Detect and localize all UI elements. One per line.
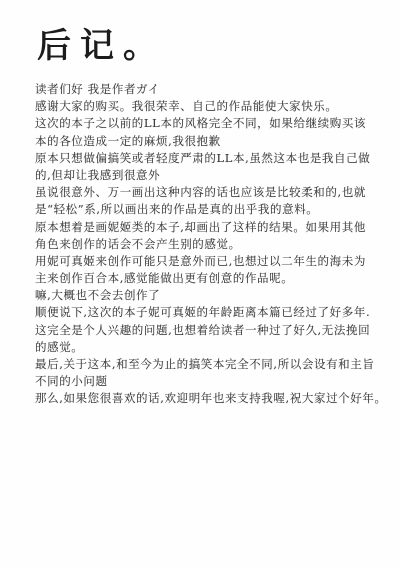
page-title: 后记。 (37, 18, 166, 67)
afterword-line: 主来创作百合本,感觉能做出更有创意的作品呢。 (35, 270, 385, 287)
afterword-text: 读者们好 我是作者ガイ 感谢大家的购买。我很荣幸、自己的作品能使大家快乐。 这次… (35, 81, 385, 408)
afterword-line: 是“轻松”系,所以画出来的作品是真的出乎我的意料。 (35, 201, 385, 218)
afterword-line: 不同的小问题 (35, 373, 385, 390)
afterword-line: 嘛,大概也不会去创作了 (35, 287, 385, 304)
afterword-line: 原本只想做偏搞笑或者轻度严肃的LL本,虽然这本也是我自己做 (35, 150, 385, 167)
afterword-line: 感谢大家的购买。我很荣幸、自己的作品能使大家快乐。 (35, 98, 385, 115)
afterword-line: 的感觉。 (35, 339, 385, 356)
afterword-line: 用妮可真姬来创作可能只是意外而已,也想过以二年生的海未为 (35, 253, 385, 270)
afterword-line: 读者们好 我是作者ガイ (35, 81, 385, 98)
afterword-line: 那么,如果您很喜欢的话,欢迎明年也来支持我喔,祝大家过个好年。 (35, 390, 385, 407)
afterword-line: 原本想着是画妮姬类的本子,却画出了这样的结果。如果用其他 (35, 219, 385, 236)
afterword-line: 这完全是个人兴趣的问题,也想着给读者一种过了好久,无法挽回 (35, 322, 385, 339)
afterword-line: 这次的本子之以前的LL本的风格完全不同，如果给继续购买该 (35, 115, 385, 132)
afterword-line: 最后,关于这本,和至今为止的搞笑本完全不同,所以会设有和主旨 (35, 356, 385, 373)
afterword-line: 本的各位造成一定的麻烦,我很抱歉 (35, 133, 385, 150)
afterword-line: 虽说很意外、万一画出这种内容的话也应该是比较柔和的,也就 (35, 184, 385, 201)
afterword-line: 的,但却让我感到很意外 (35, 167, 385, 184)
afterword-line: 顺便说下,这次的本子妮可真姬的年龄距离本篇已经过了好多年. (35, 304, 385, 321)
afterword-page: 后记。 读者们好 我是作者ガイ 感谢大家的购买。我很荣幸、自己的作品能使大家快乐… (0, 0, 400, 567)
afterword-line: 角色来创作的话会不会产生别的感觉。 (35, 236, 385, 253)
